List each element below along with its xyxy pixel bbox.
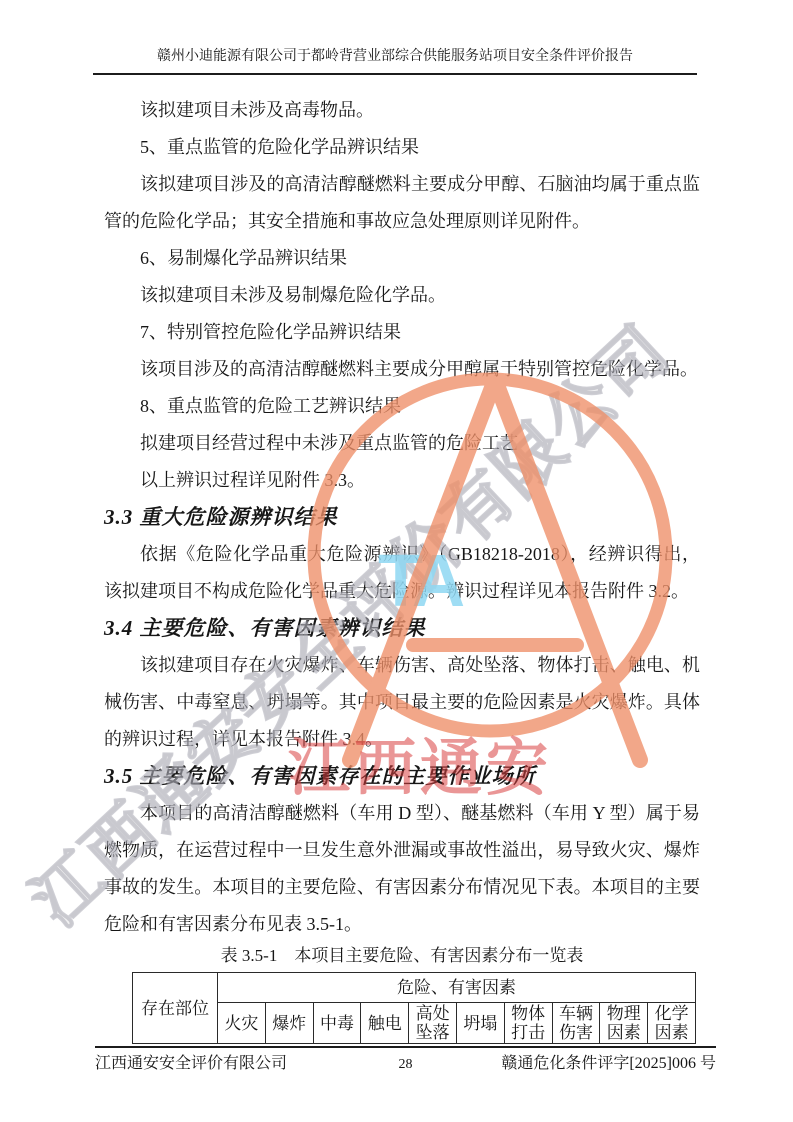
paragraph: 以上辨识过程详见附件 3.3。 [104,462,700,499]
paragraph: 本项目的高清洁醇醚燃料（车用 D 型）、醚基燃料（车用 Y 型）属于易燃物质，在… [104,795,700,943]
paragraph: 该拟建项目涉及的高清洁醇醚燃料主要成分甲醇、石脑油均属于重点监管的危险化学品；其… [104,166,700,240]
report-title: 赣州小迪能源有限公司于都岭背营业部综合供能服务站项目安全条件评价报告 [157,49,633,64]
corner-header-cell: 存在部位 [133,973,218,1044]
table-caption: 表 3.5-1 本项目主要危险、有害因素分布一览表 [104,944,700,968]
section-heading: 3.3 重大危险源辨识结果 [104,499,700,536]
section-heading: 3.4 主要危险、有害因素辨识结果 [104,610,700,647]
column-header-cell: 化学因素 [648,1003,696,1044]
paragraph: 8、重点监管的危险工艺辨识结果 [104,388,700,425]
footer-company: 江西通安安全评价有限公司 [95,1054,356,1074]
section-heading: 3.5 主要危险、有害因素存在的主要作业场所 [104,758,700,795]
footer-doc-number: 赣通危化条件评字[2025]006 号 [455,1054,716,1074]
hazard-table: 存在部位 危险、有害因素 火灾爆炸中毒触电高处坠落坍塌物体打击车辆伤害物理因素化… [132,972,696,1044]
column-header-cell: 爆炸 [265,1003,313,1044]
column-header-cell: 中毒 [313,1003,361,1044]
hazard-table-wrap: 存在部位 危险、有害因素 火灾爆炸中毒触电高处坠落坍塌物体打击车辆伤害物理因素化… [132,972,696,1044]
report-body: 该拟建项目未涉及高毒物品。5、重点监管的危险化学品辨识结果该拟建项目涉及的高清洁… [104,92,700,943]
paragraph: 该拟建项目未涉及高毒物品。 [104,92,700,129]
report-page: 赣州小迪能源有限公司于都岭背营业部综合供能服务站项目安全条件评价报告 该拟建项目… [0,0,793,1122]
column-header-cell: 高处坠落 [409,1003,457,1044]
page-footer: 江西通安安全评价有限公司 28 赣通危化条件评字[2025]006 号 [95,1046,716,1075]
group-header-cell: 危险、有害因素 [218,973,696,1003]
column-header-cell: 触电 [361,1003,409,1044]
column-header-cell: 坍塌 [456,1003,504,1044]
table-row: 存在部位 危险、有害因素 [133,973,696,1003]
column-header-cell: 物体打击 [504,1003,552,1044]
paragraph: 该项目涉及的高清洁醇醚燃料主要成分甲醇属于特别管控危险化学品。 [104,351,700,388]
paragraph: 拟建项目经营过程中未涉及重点监管的危险工艺 [104,425,700,462]
column-header-cell: 车辆伤害 [552,1003,600,1044]
table-row: 火灾爆炸中毒触电高处坠落坍塌物体打击车辆伤害物理因素化学因素 [133,1003,696,1044]
paragraph: 6、易制爆化学品辨识结果 [104,240,700,277]
page-number: 28 [356,1055,455,1075]
paragraph: 5、重点监管的危险化学品辨识结果 [104,129,700,166]
paragraph: 该拟建项目存在火灾爆炸、车辆伤害、高处坠落、物体打击、触电、机械伤害、中毒窒息、… [104,647,700,758]
paragraph: 7、特别管控危险化学品辨识结果 [104,314,700,351]
column-header-cell: 物理因素 [600,1003,648,1044]
column-header-cell: 火灾 [218,1003,266,1044]
paragraph: 依据《危险化学品重大危险源辨识》（GB18218-2018），经辨识得出，该拟建… [104,536,700,610]
page-header: 赣州小迪能源有限公司于都岭背营业部综合供能服务站项目安全条件评价报告 [93,46,697,75]
paragraph: 该拟建项目未涉及易制爆危险化学品。 [104,277,700,314]
